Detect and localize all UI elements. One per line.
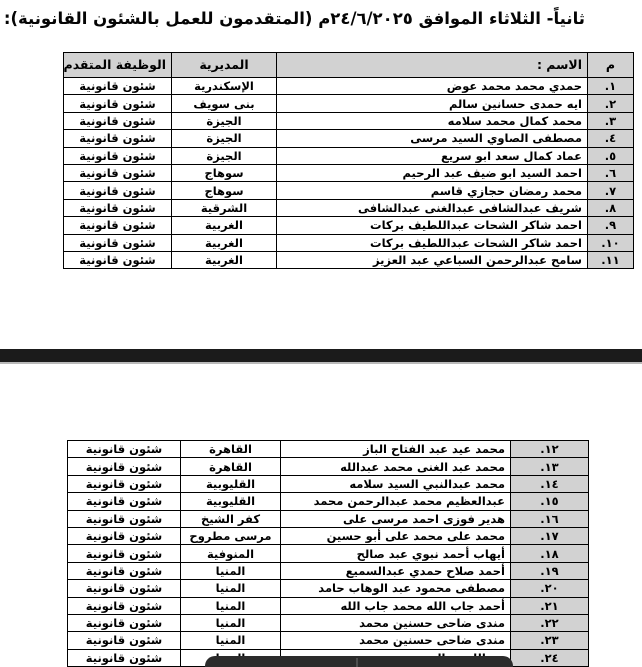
cell-directorate: المنيا xyxy=(181,580,281,597)
cell-num: ٣. xyxy=(588,112,634,129)
table-row: ١٠.احمد شاكر الشحات عبداللطيف بركاتالغرب… xyxy=(64,234,634,251)
page-separator-band xyxy=(0,349,642,364)
table-row: ١٧.محمد على محمد على أبو حسينمرسى مطروحش… xyxy=(68,527,589,544)
table-row: ١٢.محمد عيد عبد الفتاح البازالقاهرةشئون … xyxy=(68,441,589,458)
cell-directorate: الجيزة xyxy=(172,112,277,129)
table-row: ١٣.محمد عبد الغنى محمد عبداللهالقاهرةشئو… xyxy=(68,458,589,475)
cell-position: شئون قانونية xyxy=(64,199,172,216)
cell-directorate: القليوبية xyxy=(181,493,281,510)
cell-num: ٦. xyxy=(588,164,634,181)
table-row: ٧.محمد رمضان حجازي قاسمسوهاجشئون قانونية xyxy=(64,182,634,199)
cell-directorate: المنيا xyxy=(181,597,281,614)
cell-num: ٢٤. xyxy=(511,649,589,666)
table-row: ٢٢.مندى ضاحى حسنين محمدالمنياشئون قانوني… xyxy=(68,614,589,631)
cell-num: ١٢. xyxy=(511,441,589,458)
cell-name: هدير فوزى احمد مرسى على xyxy=(281,510,511,527)
cell-position: شئون قانونية xyxy=(68,562,181,579)
cell-name: أحمد جاب الله محمد جاب الله xyxy=(281,597,511,614)
cell-directorate: القاهرة xyxy=(181,458,281,475)
cell-position: شئون قانونية xyxy=(68,649,181,666)
cell-num: ١. xyxy=(588,78,634,95)
cell-position: شئون قانونية xyxy=(64,112,172,129)
cell-directorate: سوهاج xyxy=(172,182,277,199)
cell-name: محمد عيد عبد الفتاح الباز xyxy=(281,441,511,458)
cell-position: شئون قانونية xyxy=(64,182,172,199)
cell-name: ايه حمدى حسانين سالم xyxy=(277,95,588,112)
cell-name: احمد شاكر الشحات عبداللطيف بركات xyxy=(277,234,588,251)
cell-name: سامح عبدالرحمن السباعي عبد العزيز xyxy=(277,251,588,268)
cell-position: شئون قانونية xyxy=(68,458,181,475)
table-row: ٢٠.مصطفى محمود عبد الوهاب حامدالمنياشئون… xyxy=(68,580,589,597)
cell-directorate: المنيا xyxy=(181,562,281,579)
cell-position: شئون قانونية xyxy=(68,597,181,614)
column-header-name: الاسم : xyxy=(277,53,588,78)
cell-num: ٢. xyxy=(588,95,634,112)
cell-position: شئون قانونية xyxy=(64,130,172,147)
cell-num: ٢٢. xyxy=(511,614,589,631)
cell-num: ١٩. xyxy=(511,562,589,579)
table-row: ١٨.أيهاب أحمد نبوي عبد صالحالمنوفيةشئون … xyxy=(68,545,589,562)
cell-directorate: الجيزة xyxy=(172,147,277,164)
cell-name: مصطفى الصاوي السيد مرسى xyxy=(277,130,588,147)
cell-num: ١٧. xyxy=(511,527,589,544)
cell-directorate: الإسكندرية xyxy=(172,78,277,95)
cell-num: ١٥. xyxy=(511,493,589,510)
cell-num: ٥. xyxy=(588,147,634,164)
document-page: ثانياً- الثلاثاء الموافق ٢٤/٦/٢٠٢٥م (الم… xyxy=(0,0,642,667)
cell-position: شئون قانونية xyxy=(68,475,181,492)
page-title: ثانياً- الثلاثاء الموافق ٢٤/٦/٢٠٢٥م (الم… xyxy=(60,9,585,28)
cell-name: أيهاب أحمد نبوي عبد صالح xyxy=(281,545,511,562)
cell-num: ٢٣. xyxy=(511,632,589,649)
cell-num: ٨. xyxy=(588,199,634,216)
cell-name: محمد رمضان حجازي قاسم xyxy=(277,182,588,199)
table-row: ١٤.محمد عبدالنبي السيد سلامهالقليوبيةشئو… xyxy=(68,475,589,492)
cell-directorate: المنيا xyxy=(181,632,281,649)
applicants-table-first: م الاسم : المديرية الوظيفة المتقدم لها ١… xyxy=(63,52,634,269)
applicants-table-second: ١٢.محمد عيد عبد الفتاح البازالقاهرةشئون … xyxy=(67,440,589,667)
cell-name: أحمد صلاح حمدي عبدالسميع xyxy=(281,562,511,579)
cell-name: عماد كمال سعد ابو سريع xyxy=(277,147,588,164)
cell-directorate: الغربية xyxy=(172,251,277,268)
table-row: ١٩.أحمد صلاح حمدي عبدالسميعالمنياشئون قا… xyxy=(68,562,589,579)
cell-directorate: الغربية xyxy=(172,234,277,251)
cell-directorate: الجيزة xyxy=(172,130,277,147)
cell-directorate: سوهاج xyxy=(172,164,277,181)
cell-name: احمد شاكر الشحات عبداللطيف بركات xyxy=(277,217,588,234)
cell-position: شئون قانونية xyxy=(68,632,181,649)
cell-name: محمد على محمد على أبو حسين xyxy=(281,527,511,544)
cell-name: مندى ضاحى حسنين محمد xyxy=(281,614,511,631)
cell-num: ١٣. xyxy=(511,458,589,475)
table-row: ٥.عماد كمال سعد ابو سريعالجيزةشئون قانون… xyxy=(64,147,634,164)
column-header-directorate: المديرية xyxy=(172,53,277,78)
table-row: ١١.سامح عبدالرحمن السباعي عبد العزيزالغر… xyxy=(64,251,634,268)
cell-name: احمد السيد ابو ضيف عبد الرحيم xyxy=(277,164,588,181)
cell-num: ٢١. xyxy=(511,597,589,614)
cell-directorate: الشرقية xyxy=(172,199,277,216)
cell-position: شئون قانونية xyxy=(64,95,172,112)
cell-name: شريف عبدالشافى عبدالغنى عبدالشافى xyxy=(277,199,588,216)
cell-directorate: بنى سويف xyxy=(172,95,277,112)
column-header-position: الوظيفة المتقدم لها xyxy=(64,53,172,78)
cell-name: محمد عبد الغنى محمد عبدالله xyxy=(281,458,511,475)
table-header-row: م الاسم : المديرية الوظيفة المتقدم لها xyxy=(64,53,634,78)
bottom-overlay-window-edge[interactable] xyxy=(205,656,513,667)
table-row: ٣.محمد كمال محمد سلامهالجيزةشئون قانونية xyxy=(64,112,634,129)
cell-position: شئون قانونية xyxy=(68,527,181,544)
cell-position: شئون قانونية xyxy=(68,614,181,631)
cell-name: مصطفى محمود عبد الوهاب حامد xyxy=(281,580,511,597)
table-row: ١.حمدي محمد محمد عوضالإسكندريةشئون قانون… xyxy=(64,78,634,95)
table-row: ٢.ايه حمدى حسانين سالمبنى سويفشئون قانون… xyxy=(64,95,634,112)
cell-name: محمد عبدالنبي السيد سلامه xyxy=(281,475,511,492)
cell-position: شئون قانونية xyxy=(64,217,172,234)
cell-num: ١٦. xyxy=(511,510,589,527)
cell-num: ٧. xyxy=(588,182,634,199)
cell-directorate: المنيا xyxy=(181,614,281,631)
table-row: ٤.مصطفى الصاوي السيد مرسىالجيزةشئون قانو… xyxy=(64,130,634,147)
cell-directorate: مرسى مطروح xyxy=(181,527,281,544)
cell-position: شئون قانونية xyxy=(64,78,172,95)
cell-directorate: القليوبية xyxy=(181,475,281,492)
cell-directorate: كفر الشيخ xyxy=(181,510,281,527)
table-row: ٩.احمد شاكر الشحات عبداللطيف بركاتالغربي… xyxy=(64,217,634,234)
cell-directorate: المنوفية xyxy=(181,545,281,562)
cell-position: شئون قانونية xyxy=(64,164,172,181)
cell-position: شئون قانونية xyxy=(64,147,172,164)
cell-name: عبدالعظيم محمد عبدالرحمن محمد xyxy=(281,493,511,510)
cell-position: شئون قانونية xyxy=(68,493,181,510)
table-row: ٦.احمد السيد ابو ضيف عبد الرحيمسوهاجشئون… xyxy=(64,164,634,181)
table-row: ٢١.أحمد جاب الله محمد جاب اللهالمنياشئون… xyxy=(68,597,589,614)
cell-position: شئون قانونية xyxy=(68,545,181,562)
cell-position: شئون قانونية xyxy=(68,580,181,597)
cell-num: ١١. xyxy=(588,251,634,268)
table-row: ٢٣.مندى ضاحى حسنين محمدالمنياشئون قانوني… xyxy=(68,632,589,649)
cell-name: مندى ضاحى حسنين محمد xyxy=(281,632,511,649)
cell-name: حمدي محمد محمد عوض xyxy=(277,78,588,95)
cell-position: شئون قانونية xyxy=(64,234,172,251)
cell-directorate: القاهرة xyxy=(181,441,281,458)
cell-position: شئون قانونية xyxy=(64,251,172,268)
cell-num: ٩. xyxy=(588,217,634,234)
column-header-number: م xyxy=(588,53,634,78)
cell-position: شئون قانونية xyxy=(68,441,181,458)
cell-num: ١٨. xyxy=(511,545,589,562)
cell-name: محمد كمال محمد سلامه xyxy=(277,112,588,129)
cell-num: ١٠. xyxy=(588,234,634,251)
table-row: ١٥.عبدالعظيم محمد عبدالرحمن محمدالقليوبي… xyxy=(68,493,589,510)
cell-position: شئون قانونية xyxy=(68,510,181,527)
cell-directorate: الغربية xyxy=(172,217,277,234)
cell-num: ٤. xyxy=(588,130,634,147)
table-row: ١٦.هدير فوزى احمد مرسى علىكفر الشيخشئون … xyxy=(68,510,589,527)
cell-num: ٢٠. xyxy=(511,580,589,597)
cell-num: ١٤. xyxy=(511,475,589,492)
table-row: ٨.شريف عبدالشافى عبدالغنى عبدالشافىالشرق… xyxy=(64,199,634,216)
